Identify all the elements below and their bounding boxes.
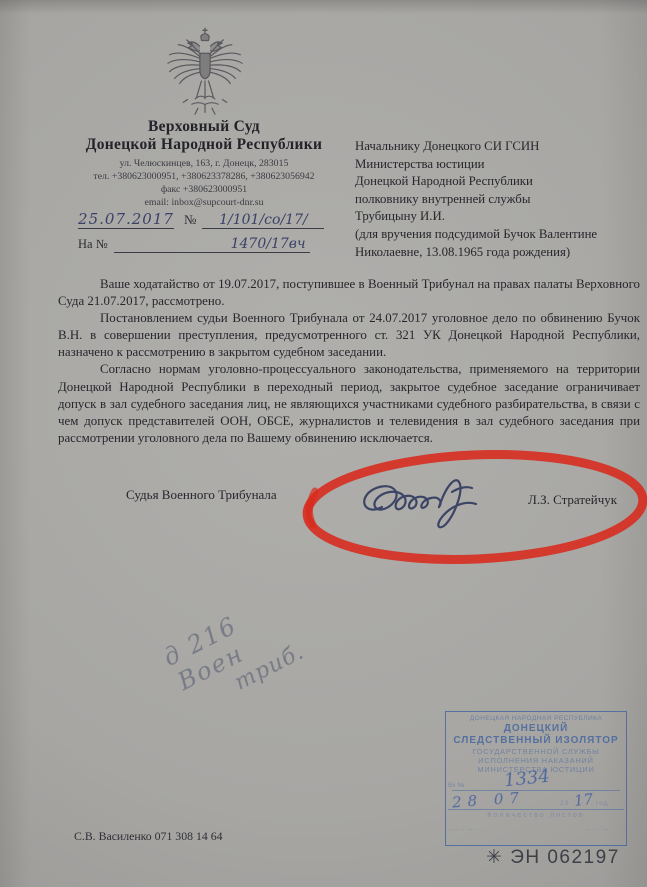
court-name-line1: Верховный Суд — [28, 118, 380, 136]
recipient-line: Донецкой Народной Республики — [355, 173, 643, 191]
recipient-block: Начальнику Донецкого СИ ГСИН Министерств… — [355, 138, 643, 261]
handwritten-number-2: 1470/17вч — [231, 236, 310, 252]
recipient-line: полковнику внутренней службы — [355, 191, 643, 209]
recipient-line: Николаевне, 13.08.1965 года рождения) — [355, 244, 643, 262]
handwritten-number: 1/101/со/17/ — [219, 212, 308, 228]
executor-contact: С.В. Василенко 071 308 14 64 — [74, 829, 223, 844]
stamp-sub-line: ГОСУДАРСТВЕННОЙ СЛУЖБЫ — [446, 747, 626, 756]
signer-name: Л.З. Стратейчук — [528, 492, 617, 508]
document-photo: Верховный Суд Донецкой Народной Республи… — [0, 0, 647, 887]
stamp-title-line1: ДОНЕЦКИЙ — [446, 723, 626, 735]
pencil-note: д 216 Воен триб. — [159, 570, 347, 719]
stamp-sub-line: ИСПОЛНЕНИЯ НАКАЗАНИЙ — [446, 756, 626, 765]
na-no-label: На № — [78, 237, 114, 253]
court-name-line2: Донецкой Народной Республики — [28, 136, 380, 154]
form-serial-number: ✳ ЭН 062197 — [486, 846, 620, 869]
stamp-handwritten-number: 1334 — [503, 766, 551, 792]
stamp-year-suffix: год — [596, 800, 609, 807]
stamp-incoming-label: Вх № — [448, 782, 464, 789]
court-address: ул. Челюскинцев, 163, г. Донецк, 283015 — [28, 157, 380, 170]
stamp-sheets-label: Количество листов — [487, 810, 584, 819]
body-paragraph-2: Постановлением судьи Военного Трибунала … — [58, 310, 640, 361]
body-paragraph-1: Ваше ходатайство от 19.07.2017, поступив… — [58, 276, 640, 310]
handwritten-signature — [352, 462, 512, 542]
recipient-line: Начальнику Донецкого СИ ГСИН — [355, 138, 643, 156]
recipient-line: Министерства юстиции — [355, 156, 643, 174]
stamp-illegible-left: ··–···–·· — [448, 826, 479, 833]
incoming-stamp: ДОНЕЦКАЯ НАРОДНАЯ РЕСПУБЛИКА ДОНЕЦКИЙ СЛ… — [445, 711, 627, 846]
court-phones: тел. +380623000951, +380623378286, +3806… — [28, 170, 380, 183]
stamp-handwritten-year: 17 — [573, 790, 594, 810]
stamp-illegible-right: ··–····–· — [581, 826, 612, 833]
stamp-year-prefix: 20 — [560, 800, 569, 807]
recipient-line: Трубицыну И.И. — [355, 208, 643, 226]
stamp-republic-line: ДОНЕЦКАЯ НАРОДНАЯ РЕСПУБЛИКА — [446, 715, 626, 723]
outgoing-date-field: 25.07.2017 — [78, 210, 174, 229]
recipient-line: (для вручения подсудимой Бучок Валентине — [355, 226, 643, 244]
outgoing-number-field: 1/101/со/17/ — [202, 212, 324, 229]
body-paragraph-3: Согласно нормам уголовно-процессуального… — [58, 361, 640, 446]
stamp-title-line2: СЛЕДСТВЕННЫЙ ИЗОЛЯТОР — [446, 735, 626, 747]
stamp-handwritten-date: 28 07 — [451, 788, 525, 811]
signer-title: Судья Военного Трибунала — [126, 487, 277, 503]
handwritten-date: 25.07.2017 — [78, 210, 174, 228]
coat-of-arms-eagle-icon — [162, 26, 248, 118]
letter-body: Ваше ходатайство от 19.07.2017, поступив… — [58, 276, 640, 447]
number-sign: № — [174, 212, 202, 229]
registration-block: 25.07.2017 № 1/101/со/17/ На № 1470/17вч — [78, 205, 378, 253]
incoming-number-field: 1470/17вч — [114, 236, 310, 253]
court-fax: факс +380623000951 — [28, 183, 380, 196]
letterhead: Верховный Суд Донецкой Народной Республи… — [28, 118, 380, 209]
